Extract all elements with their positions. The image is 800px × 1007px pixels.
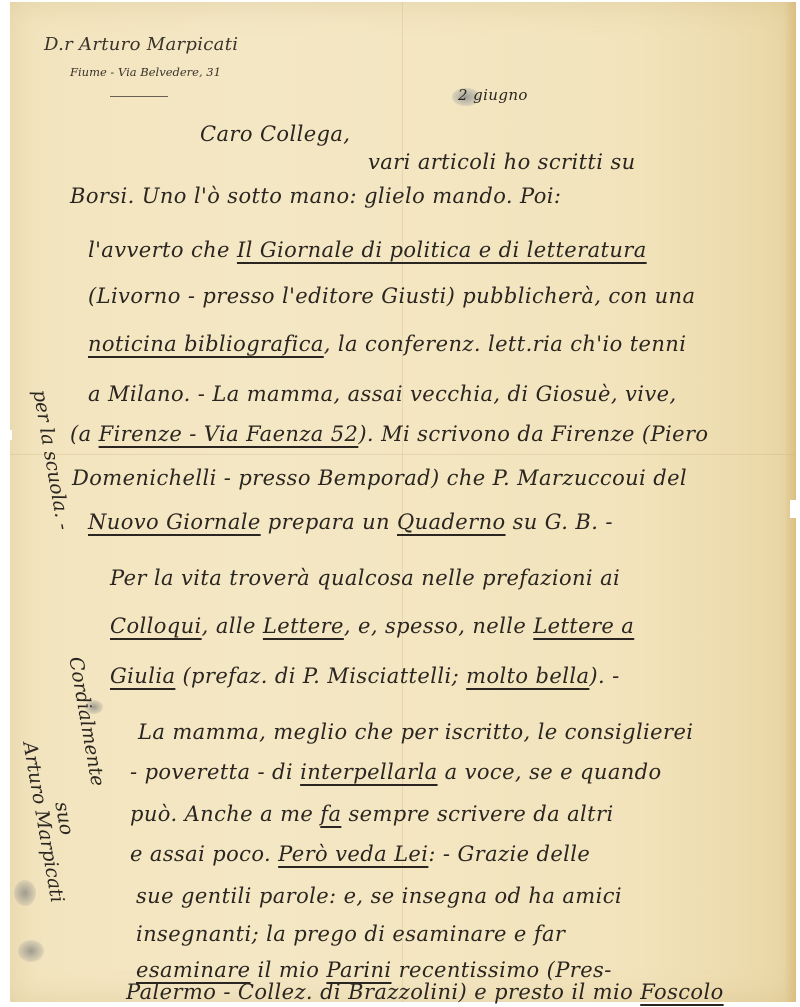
letter-date: 2 giugno: [458, 86, 528, 104]
text-segment: vari articoli ho scritti su: [368, 150, 636, 174]
underlined-text: fa: [320, 802, 341, 826]
text-segment: prepara un: [261, 510, 397, 534]
letter-line: noticina bibliografica, la conferenz. le…: [88, 332, 686, 356]
letter-line: può. Anche a me fa sempre scrivere da al…: [130, 802, 614, 826]
ink-smudge: [85, 700, 103, 714]
text-segment: recentissimo (Pres-: [392, 958, 612, 982]
underlined-text: Lettere: [263, 614, 344, 638]
text-segment: Domenichelli - presso Bemporad) che P. M…: [72, 466, 687, 490]
text-segment: il mio: [250, 958, 326, 982]
text-segment: Per la vita troverà qualcosa nelle prefa…: [110, 566, 620, 590]
letter-line: Colloqui, alle Lettere, e, spesso, nelle…: [110, 614, 634, 638]
underlined-text: Il Giornale di politica e di letteratura: [237, 238, 647, 262]
fold-line-horizontal: [10, 454, 796, 455]
letter-line: e assai poco. Però veda Lei: - Grazie de…: [130, 842, 590, 866]
text-segment: sempre scrivere da altri: [341, 802, 613, 826]
text-segment: : - Grazie delle: [428, 842, 590, 866]
letter-line: Giulia (prefaz. di P. Misciattelli; molt…: [110, 664, 620, 688]
text-segment: a Milano. - La mamma, assai vecchia, di …: [88, 382, 677, 406]
torn-edge: [0, 430, 12, 440]
underlined-text: Colloqui: [110, 614, 202, 638]
text-segment: su G. B. -: [506, 510, 613, 534]
letter-line: Per la vita troverà qualcosa nelle prefa…: [110, 566, 620, 590]
letter-line: La mamma, meglio che per iscritto, le co…: [138, 720, 693, 744]
letter-line: - poveretta - di interpellarla a voce, s…: [130, 760, 662, 784]
text-segment: , alle: [202, 614, 263, 638]
letter-line: sue gentili parole: e, se insegna od ha …: [136, 884, 622, 908]
text-segment: (prefaz. di P. Misciattelli;: [175, 664, 466, 688]
text-segment: , la conferenz. lett.ria ch'io tenni: [324, 332, 687, 356]
text-segment: Palermo - Collez. di Brazzolini) e prest…: [126, 980, 640, 1004]
letter-line: (a Firenze - Via Faenza 52). Mi scrivono…: [70, 422, 708, 446]
text-segment: La mamma, meglio che per iscritto, le co…: [138, 720, 693, 744]
letter-line: Borsi. Uno l'ò sotto mano: glielo mando.…: [70, 184, 561, 208]
underlined-text: Firenze - Via Faenza 52: [99, 422, 359, 446]
underlined-text: Parini: [326, 958, 391, 982]
underlined-text: interpellarla: [300, 760, 437, 784]
underlined-text: Però veda Lei: [278, 842, 428, 866]
underlined-text: esaminare: [136, 958, 250, 982]
letterhead-address: Fiume - Via Belvedere, 31: [70, 65, 221, 79]
underlined-text: Giulia: [110, 664, 175, 688]
text-segment: e assai poco.: [130, 842, 278, 866]
letter-line: insegnanti; la prego di esaminare e far: [136, 922, 565, 946]
text-segment: ). Mi scrivono da Firenze (Piero: [358, 422, 708, 446]
underlined-text: Lettere a: [533, 614, 634, 638]
letter-line: Palermo - Collez. di Brazzolini) e prest…: [126, 980, 724, 1004]
ink-smudge: [18, 940, 44, 962]
text-segment: a voce, se e quando: [438, 760, 662, 784]
text-segment: sue gentili parole: e, se insegna od ha …: [136, 884, 622, 908]
text-segment: ). -: [589, 664, 619, 688]
text-segment: insegnanti; la prego di esaminare e far: [136, 922, 565, 946]
text-segment: , e, spesso, nelle: [344, 614, 533, 638]
text-segment: (Livorno - presso l'editore Giusti) pubb…: [88, 284, 695, 308]
underlined-text: Foscolo: [640, 980, 723, 1004]
letterhead-name: D.r Arturo Marpicati: [44, 34, 238, 55]
underlined-text: Nuovo Giornale: [88, 510, 261, 534]
text-segment: può. Anche a me: [130, 802, 320, 826]
underlined-text: Quaderno: [397, 510, 506, 534]
letter-line: Nuovo Giornale prepara un Quaderno su G.…: [88, 510, 613, 534]
text-segment: Borsi. Uno l'ò sotto mano: glielo mando.…: [70, 184, 561, 208]
letterhead-divider: [110, 96, 168, 97]
text-segment: l'avverto che: [88, 238, 237, 262]
letter-line: l'avverto che Il Giornale di politica e …: [88, 238, 647, 262]
letter-line: (Livorno - presso l'editore Giusti) pubb…: [88, 284, 695, 308]
ink-smudge: [14, 880, 36, 906]
underlined-text: molto bella: [466, 664, 589, 688]
letter-line: a Milano. - La mamma, assai vecchia, di …: [88, 382, 677, 406]
text-segment: (a: [70, 422, 99, 446]
torn-edge: [790, 500, 800, 518]
underlined-text: noticina bibliografica: [88, 332, 324, 356]
letter-line: esaminare il mio Parini recentissimo (Pr…: [136, 958, 612, 982]
letter-line: vari articoli ho scritti su: [368, 150, 636, 174]
salutation: Caro Collega,: [200, 122, 350, 146]
letter-line: Domenichelli - presso Bemporad) che P. M…: [72, 466, 687, 490]
text-segment: - poveretta - di: [130, 760, 300, 784]
